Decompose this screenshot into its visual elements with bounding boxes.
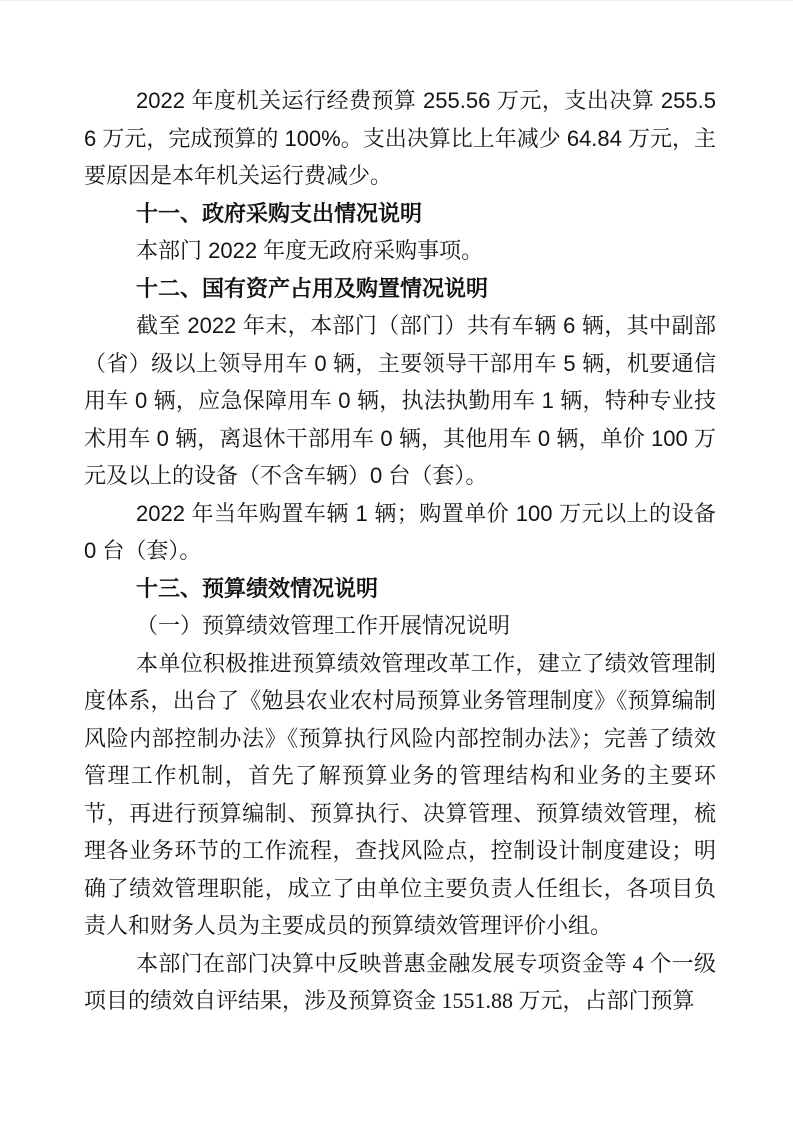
paragraph-agency-operating-expense: 2022 年度机关运行经费预算 255.56 万元，支出决算 255.56 万元… <box>84 82 716 195</box>
paragraph-performance-reform-system: 本单位积极推进预算绩效管理改革工作，建立了绩效管理制度体系，出台了《勉县农业农村… <box>84 645 716 945</box>
paragraph-no-procurement: 本部门 2022 年度无政府采购事项。 <box>84 232 716 270</box>
heading-section-11-government-procurement: 十一、政府采购支出情况说明 <box>84 195 716 233</box>
subheading-performance-management-work: （一）预算绩效管理工作开展情况说明 <box>84 607 716 645</box>
heading-section-13-budget-performance: 十三、预算绩效情况说明 <box>84 570 716 608</box>
paragraph-self-evaluation-projects: 本部门在部门决算中反映普惠金融发展专项资金等 4 个一级项目的绩效自评结果，涉及… <box>84 945 716 1020</box>
paragraph-vehicles-and-equipment: 截至 2022 年末，本部门（部门）共有车辆 6 辆，其中副部（省）级以上领导用… <box>84 307 716 495</box>
document-page: 2022 年度机关运行经费预算 255.56 万元，支出决算 255.56 万元… <box>0 0 793 1122</box>
paragraph-current-year-purchases: 2022 年当年购置车辆 1 辆；购置单价 100 万元以上的设备 0 台（套）… <box>84 495 716 570</box>
heading-section-12-state-assets: 十二、国有资产占用及购置情况说明 <box>84 270 716 308</box>
